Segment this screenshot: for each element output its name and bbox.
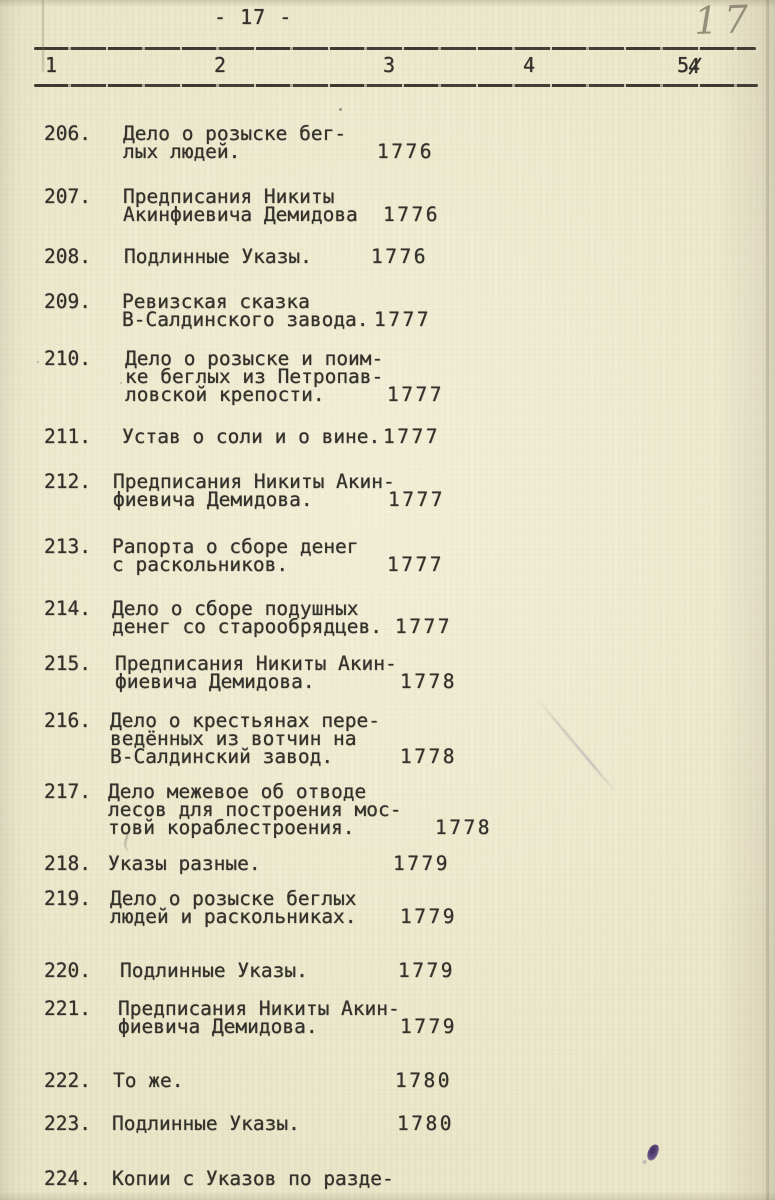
paper-speck	[120, 382, 122, 384]
entry-year: 1777	[383, 428, 440, 446]
entry-number: 219.	[44, 890, 91, 908]
paper-speck	[37, 361, 39, 363]
entry-number: 211.	[44, 428, 91, 446]
entry-year: 1780	[395, 1072, 452, 1090]
paper-edge-shadow-top	[0, 0, 775, 7]
typed-page-number: - 17 -	[214, 8, 292, 26]
entry-year: 1776	[371, 248, 428, 266]
entry-description-line: Подлинные Указы.	[120, 962, 308, 980]
entry-description-line: людей и раскольниках.	[110, 908, 357, 926]
entry-description-line: В-Салдинского завода.	[122, 311, 369, 329]
entry-number: 217.	[44, 783, 91, 801]
entry-description-line: Устав о соли и о вине.	[122, 428, 380, 446]
entry-year: 1780	[397, 1115, 454, 1133]
table-header-rule-top	[34, 47, 756, 50]
entry-number: 221.	[44, 1000, 91, 1018]
entry-description-line: денег со старообрядцев.	[112, 618, 382, 636]
entry-description-line: с раскольников.	[112, 556, 288, 574]
entry-description-line: товй кораблестроения.	[108, 819, 355, 837]
entry-description-line: Подлинные Указы.	[124, 248, 312, 266]
column-number-3: 3	[383, 56, 395, 74]
entry-number: 208.	[44, 248, 91, 266]
entry-number: 215.	[44, 655, 91, 673]
entry-number: 206.	[44, 125, 91, 143]
entry-description-line: фиевича Демидова.	[115, 673, 315, 691]
column-number-4: 4	[523, 56, 535, 74]
paper-edge-shadow-right	[766, 0, 769, 1200]
entry-year: 1779	[398, 962, 455, 980]
entry-description-line: В-Салдинский завод.	[110, 748, 333, 766]
entry-number: 224.	[44, 1170, 91, 1188]
ink-blot	[646, 1143, 661, 1162]
entry-description-line: Копии с Указов по разде-	[112, 1170, 394, 1188]
entry-year: 1777	[387, 556, 444, 574]
entry-year: 1779	[393, 855, 450, 873]
entry-description-line: лых людей.	[123, 143, 240, 161]
entry-number: 214.	[44, 600, 91, 618]
entry-number: 222.	[44, 1072, 91, 1090]
entry-number: 210.	[44, 350, 91, 368]
paper-crease-diagonal	[535, 697, 615, 792]
document-page: - 17 - 17 123454 206.Дело о розыске бег-…	[0, 0, 775, 1200]
column-number-overstruck-4: 4	[688, 57, 700, 75]
table-header-rule-bottom	[34, 84, 758, 87]
entry-number: 212.	[44, 473, 91, 491]
entry-number: 209.	[44, 293, 91, 311]
entry-year: 1778	[400, 673, 457, 691]
entry-year: 1776	[377, 143, 434, 161]
entry-year: 1777	[387, 386, 444, 404]
entry-year: 1777	[374, 311, 431, 329]
entry-description-line: То же.	[113, 1072, 183, 1090]
column-number-1: 1	[45, 56, 57, 74]
entry-description-line: Указы разные.	[108, 855, 261, 873]
entry-year: 1776	[383, 206, 440, 224]
entry-description-line: фиевича Демидова.	[113, 491, 313, 509]
paper-speck	[339, 108, 342, 111]
entry-year: 1779	[400, 1018, 457, 1036]
entry-number: 223.	[44, 1115, 91, 1133]
entry-year: 1778	[435, 819, 492, 837]
entry-description-line: ловской крепости.	[125, 386, 325, 404]
entry-number: 220.	[44, 962, 91, 980]
entry-number: 213.	[44, 538, 91, 556]
column-number-2: 2	[214, 56, 226, 74]
entry-year: 1777	[388, 491, 445, 509]
entry-description-line: фиевича Демидова.	[118, 1018, 318, 1036]
entry-number: 207.	[44, 188, 91, 206]
entry-number: 218.	[44, 855, 91, 873]
entry-year: 1779	[400, 908, 457, 926]
paper-edge-shadow-bottom	[0, 1191, 775, 1200]
entry-description-line: Акинфиевича Демидова	[123, 206, 358, 224]
entry-description-line: Подлинные Указы.	[112, 1115, 300, 1133]
entry-year: 1778	[400, 748, 457, 766]
entry-number: 216.	[44, 712, 91, 730]
pencil-tick-mark	[122, 834, 140, 854]
column-number-row: 123454	[0, 56, 775, 80]
entry-year: 1777	[395, 618, 452, 636]
paper-crease-vertical	[42, 0, 44, 72]
